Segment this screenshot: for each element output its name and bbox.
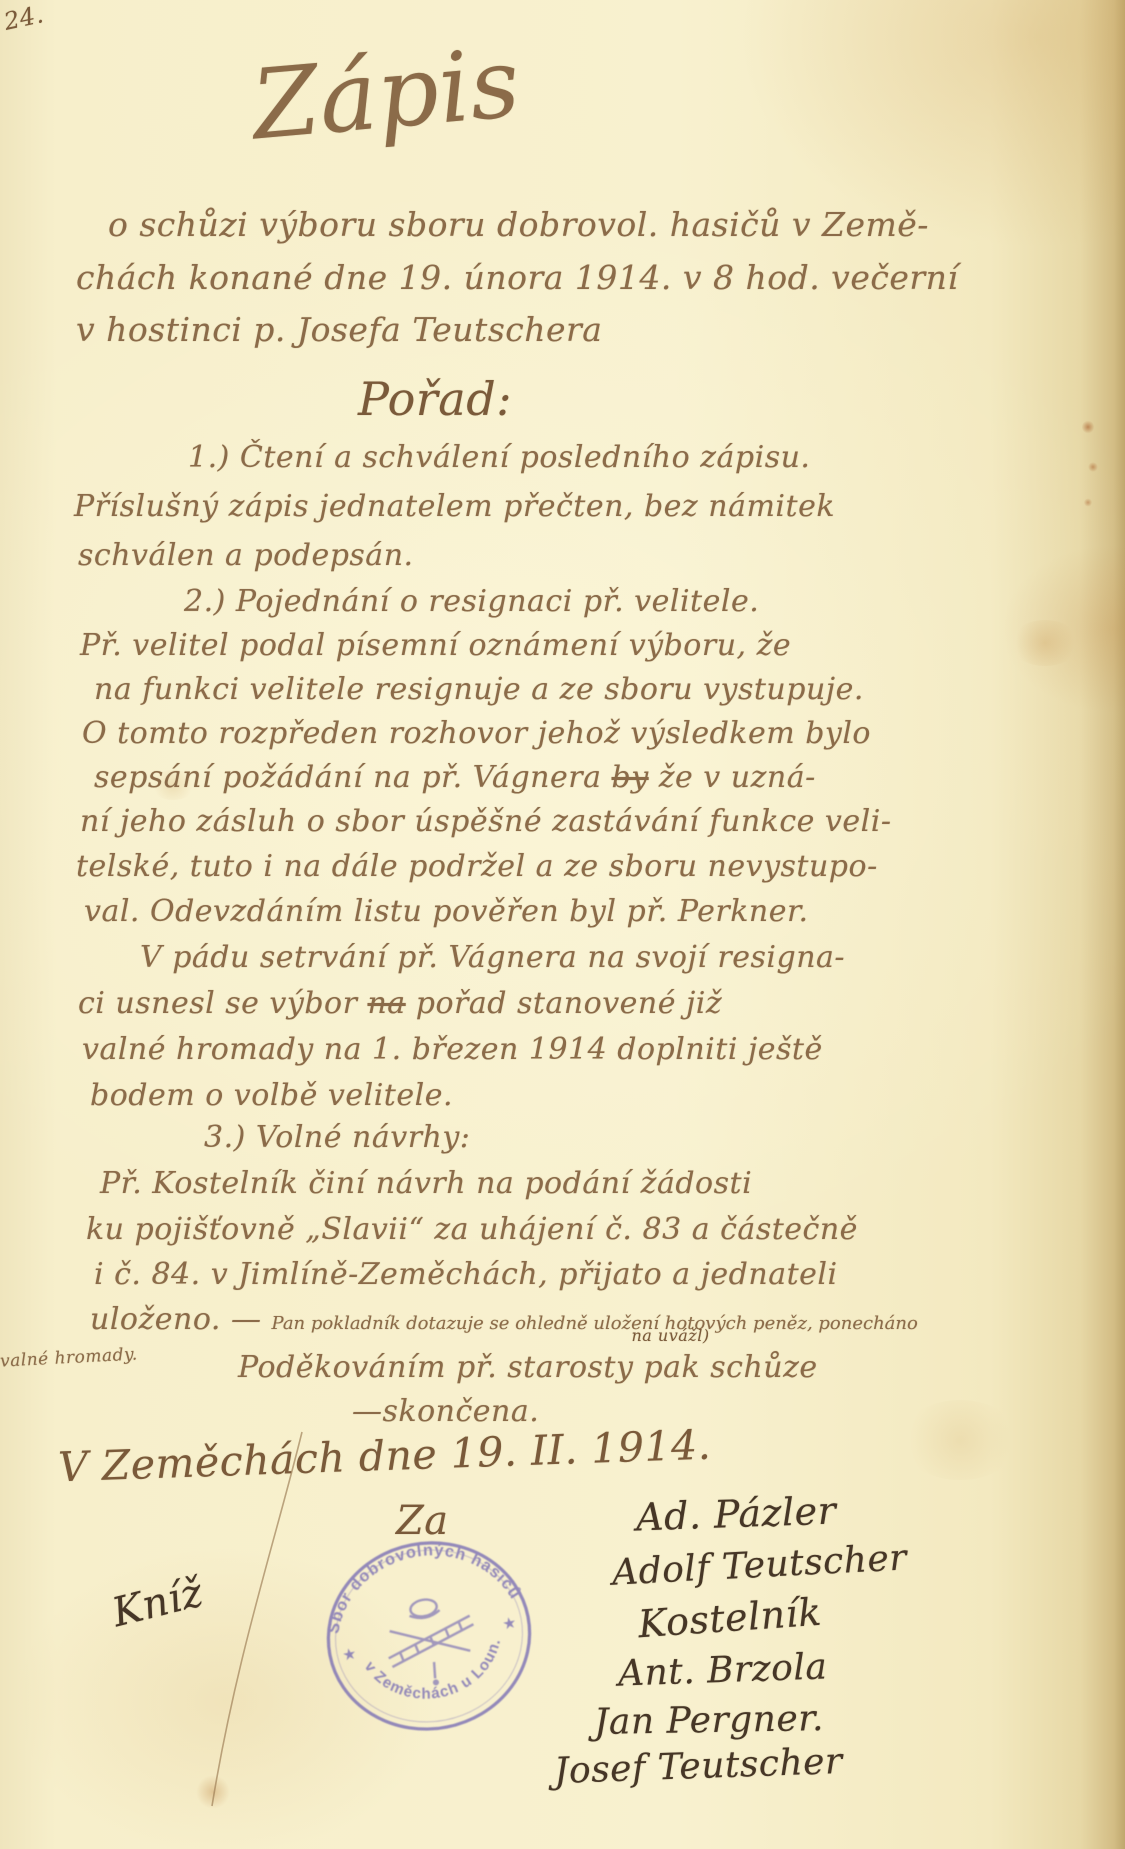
manuscript-line: O tomto rozpředen rozhovor jehož výsledk…: [82, 716, 871, 751]
manuscript-line: ní jeho zásluh o sbor úspěšné zastávání …: [80, 804, 891, 839]
closing-line: —skončena.: [352, 1394, 539, 1429]
signature: Kostelník: [637, 1590, 823, 1647]
manuscript-line: uloženo. — Pan pokladník dotazuje se ohl…: [90, 1302, 918, 1337]
manuscript-line: V pádu setrvání př. Vágnera na svojí res…: [140, 940, 845, 975]
scanned-manuscript-page: 24. Zápis o schůzi výboru sboru dobrovol…: [0, 0, 1125, 1849]
line-text: Poděkováním př. starosty: [238, 1350, 643, 1385]
struck-word: na: [367, 986, 405, 1021]
svg-text:v Zeměchách u Loun.: v Zeměchách u Loun.: [359, 1634, 513, 1716]
fire-brigade-stamp: Sbor dobrovolných hasičů v Zeměchách u L…: [305, 1519, 552, 1752]
stamp-bottom-text: v Zeměchách u Loun.: [359, 1634, 513, 1716]
stamp-star-left: ★: [341, 1645, 358, 1665]
manuscript-line: 3.) Volné návrhy:: [204, 1120, 470, 1155]
manuscript-line: Př. velitel podal písemní oznámení výbor…: [80, 628, 791, 663]
line-text: ci usnesl se výbor: [78, 986, 367, 1021]
paper-stain: [1010, 620, 1080, 666]
manuscript-line: val. Odevzdáním listu pověřen byl př. Pe…: [84, 894, 809, 929]
line-text: že v uzná-: [649, 760, 816, 795]
intro-line: chách konané dne 19. února 1914. v 8 hod…: [76, 258, 958, 297]
signature: Jan Pergner.: [594, 1698, 825, 1743]
manuscript-line: sepsání požádání na př. Vágnera by že v …: [94, 760, 816, 795]
agenda-heading: Pořad:: [358, 372, 512, 426]
closing-line: Poděkováním př. starosty na uvážl)pak sc…: [238, 1350, 818, 1385]
paper-stain: [1082, 420, 1094, 434]
pen-stroke: [190, 1428, 320, 1818]
paper-stain: [1084, 498, 1092, 507]
signature: Josef Teutscher: [553, 1741, 843, 1792]
manuscript-line: i č. 84. v Jimlíně-Zeměchách, přijato a …: [94, 1257, 838, 1292]
struck-word: by: [612, 760, 649, 795]
intro-line: v hostinci p. Josefa Teutschera: [76, 310, 602, 349]
manuscript-line: bodem o volbě velitele.: [90, 1078, 453, 1113]
paper-stain: [900, 1400, 1020, 1480]
line-text: uloženo. —: [90, 1302, 272, 1337]
intro-line: o schůzi výboru sboru dobrovol. hasičů v…: [108, 205, 929, 244]
dateline: V Zeměchách dne 19. II. 1914.: [57, 1421, 712, 1492]
stamp-star-right: ★: [501, 1613, 518, 1633]
manuscript-line: telské, tuto i na dále podržel a ze sbor…: [76, 849, 878, 884]
manuscript-line: schválen a podepsán.: [78, 538, 414, 573]
svg-text:Sbor dobrovolných hasičů: Sbor dobrovolných hasičů: [311, 1524, 526, 1638]
document-title: Zápis: [248, 27, 525, 162]
signature: Adolf Teutscher: [611, 1537, 908, 1593]
stamp-top-text: Sbor dobrovolných hasičů: [311, 1524, 526, 1638]
left-signature: Kníž: [108, 1570, 208, 1637]
inline-annotation: Pan pokladník dotazuje se ohledně uložen…: [272, 1313, 918, 1334]
manuscript-line: 2.) Pojednání o resignaci př. velitele.: [184, 584, 759, 619]
insertion-note: na uvážl): [631, 1326, 709, 1345]
manuscript-line: ku pojišťovně „Slavii“ za uhájení č. 83 …: [86, 1212, 858, 1247]
manuscript-line: na funkci velitele resignuje a ze sboru …: [94, 672, 864, 707]
manuscript-line: Příslušný zápis jednatelem přečten, bez …: [74, 489, 835, 524]
line-text: pořad stanovené již: [406, 986, 723, 1021]
manuscript-line: valné hromady na 1. březen 1914 doplniti…: [82, 1032, 823, 1067]
margin-note: valné hromady.: [0, 1344, 138, 1371]
manuscript-line: ci usnesl se výbor na pořad stanovené ji…: [78, 986, 722, 1021]
paper-stain: [196, 1775, 230, 1809]
line-text: schůze: [700, 1350, 817, 1385]
paper-stain: [1088, 462, 1098, 472]
page-number: 24.: [2, 0, 47, 36]
line-text: pak: [643, 1350, 700, 1385]
manuscript-line: 1.) Čtení a schválení posledního zápisu.: [188, 440, 810, 475]
signature: Ad. Pázler: [635, 1489, 837, 1540]
signature: Ant. Brzola: [617, 1646, 828, 1694]
manuscript-line: Př. Kostelník činí návrh na podání žádos…: [100, 1166, 752, 1201]
line-text: sepsání požádání na př. Vágnera: [94, 760, 612, 795]
